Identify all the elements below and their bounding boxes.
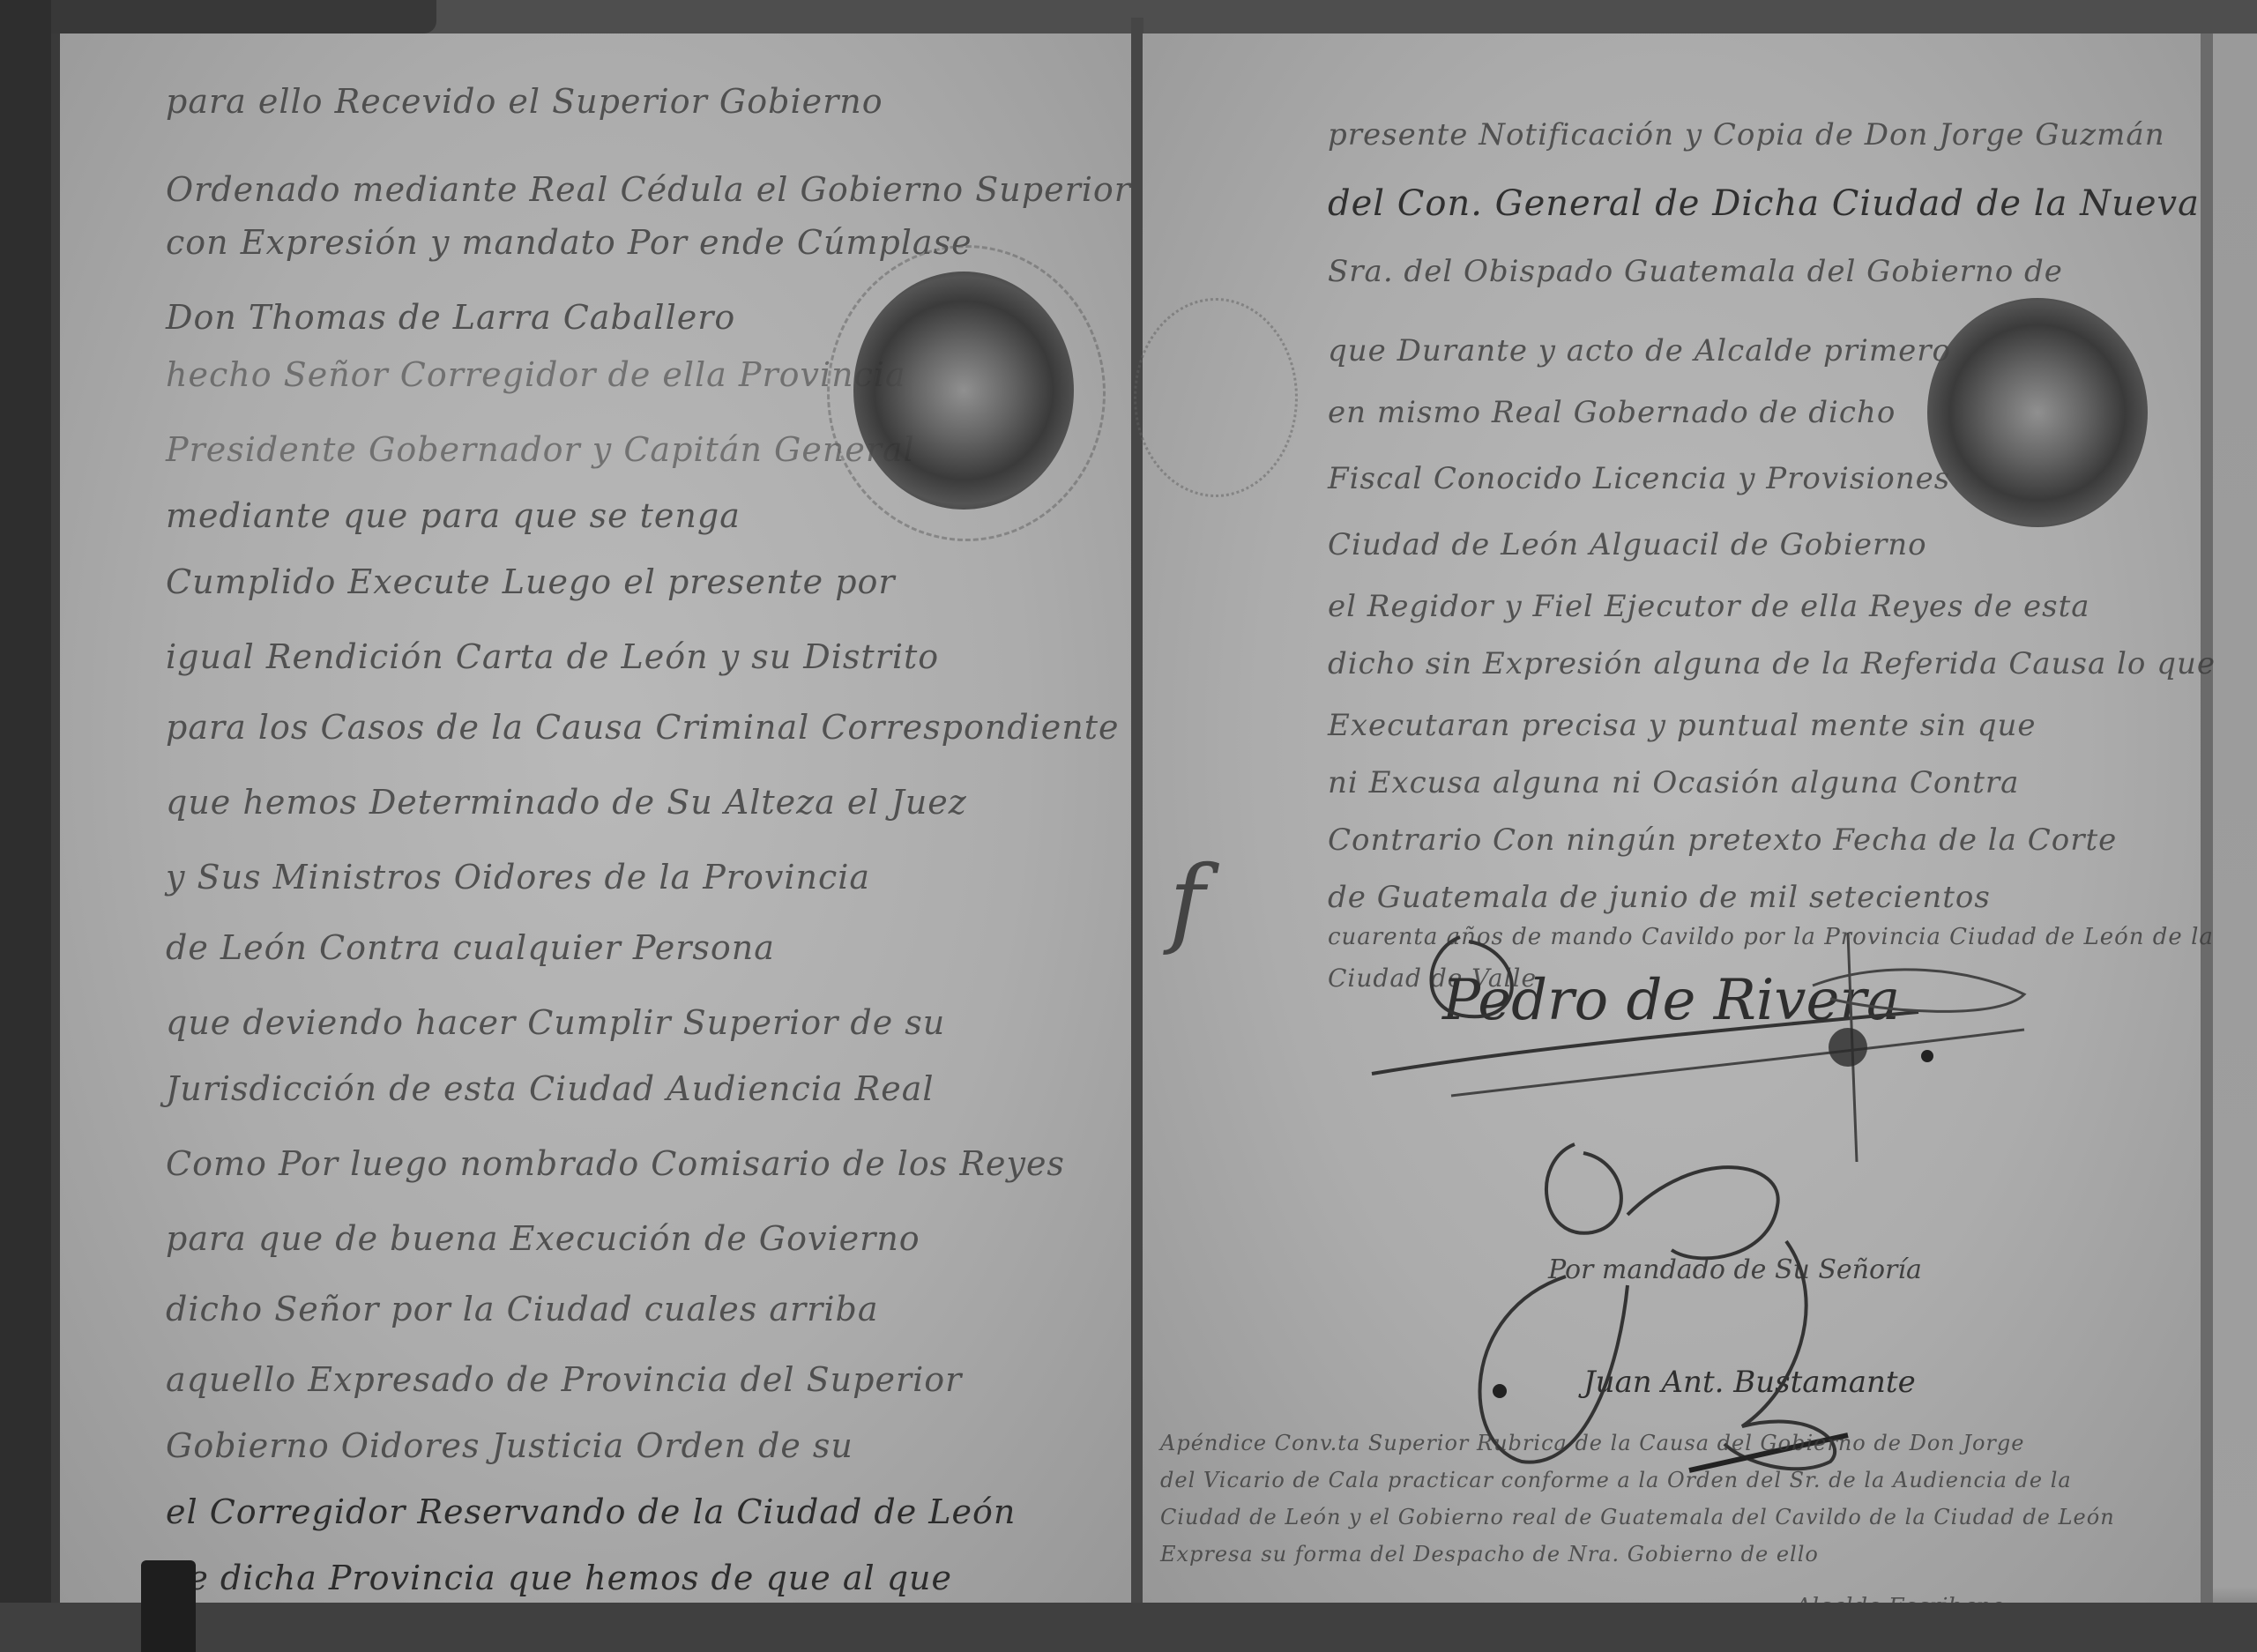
text-line: del Con. General de Dicha Ciudad de la N… [1328, 183, 2200, 224]
text-line: que hemos Determinado de Su Alteza el Ju… [166, 783, 967, 822]
text-line: Ordenado mediante Real Cédula el Gobiern… [166, 170, 1131, 209]
wax-seal-right [1927, 298, 2148, 527]
text-line: dicho Señor por la Ciudad cuales arriba [166, 1290, 878, 1328]
text-line: Contrario Con ningún pretexto Fecha de l… [1328, 822, 2117, 858]
text-line: Jurisdicción de esta Ciudad Audiencia Re… [166, 1069, 935, 1108]
text-line: Fiscal Conocido Licencia y Provisiones [1328, 461, 1950, 496]
scanner-bottom-band [0, 1603, 2257, 1652]
book-cover-edge [0, 0, 51, 1652]
text-line: que Durante y acto de Alcalde primero [1328, 333, 1951, 368]
seal-ring-right [1134, 298, 1298, 497]
text-line: el Corregidor Reservando de la Ciudad de… [166, 1492, 1016, 1531]
text-line: Gobierno Oidores Justicia Orden de su [166, 1426, 853, 1465]
right-page: presente Notificación y Copia de Don Jor… [1143, 33, 2213, 1603]
text-line: mediante que para que se tenga [166, 496, 741, 535]
text-line: Cumplido Execute Luego el presente por [166, 562, 896, 601]
text-line: presente Notificación y Copia de Don Jor… [1328, 117, 2165, 153]
left-page: para ello Recevido el Superior Gobierno … [51, 33, 1143, 1603]
book-gutter [1131, 18, 1143, 1631]
margin-folio-mark: f [1169, 845, 1205, 957]
text-line: y Sus Ministros Oidores de la Provincia [166, 858, 870, 897]
text-line: hecho Señor Corregidor de ella Provincia [166, 355, 906, 394]
text-line: para ello Recevido el Superior Gobierno [166, 82, 883, 121]
book-clip [141, 1560, 196, 1652]
text-line: Presidente Gobernador y Capitán General [166, 430, 915, 469]
text-line: Executaran precisa y puntual mente sin q… [1328, 708, 2037, 743]
text-line: de Guatemala de junio de mil setecientos [1328, 880, 1991, 915]
text-line: para los Casos de la Causa Criminal Corr… [166, 708, 1120, 747]
signature-flourish-2 [1407, 1109, 2024, 1479]
text-line: con Expresión y mandato Por ende Cúmplas… [166, 223, 972, 262]
text-line: Sra. del Obispado Guatemala del Gobierno… [1328, 254, 2063, 289]
text-line: Como Por luego nombrado Comisario de los… [166, 1144, 1065, 1183]
text-line: de León Contra cualquier Persona [166, 928, 775, 967]
text-line: que deviendo hacer Cumplir Superior de s… [166, 1003, 945, 1042]
text-line: en mismo Real Gobernado de dicho [1328, 395, 1896, 430]
seal-ring-left [827, 245, 1106, 541]
note-line: del Vicario de Cala practicar conforme a… [1160, 1468, 2072, 1492]
text-line: igual Rendición Carta de León y su Distr… [166, 637, 939, 676]
text-line: Don Thomas de Larra Caballero [166, 298, 735, 337]
text-line: dicho sin Expresión alguna de la Referid… [1328, 646, 2216, 681]
note-line: Ciudad de León y el Gobierno real de Gua… [1160, 1505, 2115, 1529]
text-line: aquello Expresado de Provincia del Super… [166, 1360, 962, 1399]
text-line: el Regidor y Fiel Ejecutor de ella Reyes… [1328, 589, 2090, 624]
text-line: ni Excusa alguna ni Ocasión alguna Contr… [1328, 765, 2019, 800]
note-line: Expresa su forma del Despacho de Nra. Go… [1160, 1542, 1819, 1566]
text-line: de dicha Provincia que hemos de que al q… [166, 1559, 952, 1597]
text-line: para que de buena Execución de Govierno [166, 1219, 920, 1258]
note-line: Apéndice Conv.ta Superior Rubrica de la … [1160, 1431, 2024, 1455]
scanner-tab [0, 0, 436, 33]
text-line: Ciudad de León Alguacil de Gobierno [1328, 527, 1927, 562]
